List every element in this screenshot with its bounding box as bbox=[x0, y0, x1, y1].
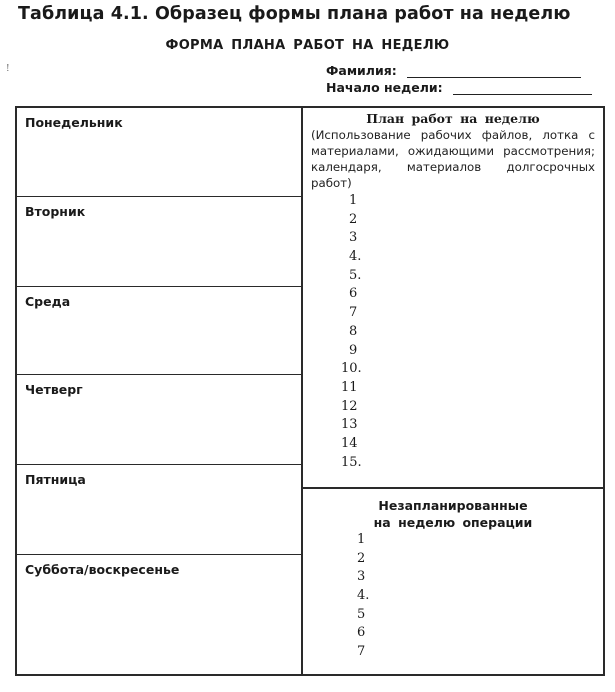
unplanned-item[interactable]: 4. bbox=[357, 587, 603, 606]
plan-item[interactable]: 2 bbox=[349, 211, 603, 230]
surname-input-line[interactable] bbox=[407, 65, 581, 78]
days-column: Понедельник Вторник Среда Четверг Пятниц… bbox=[17, 108, 303, 674]
week-start-label: Начало недели: bbox=[326, 80, 443, 95]
unplanned-item[interactable]: 6 bbox=[357, 624, 603, 643]
day-cell-wednesday[interactable]: Среда bbox=[17, 287, 301, 375]
plan-column: План работ на неделю (Использование рабо… bbox=[303, 108, 603, 674]
plan-item[interactable]: 10. bbox=[341, 360, 603, 379]
day-cell-monday[interactable]: Понедельник bbox=[17, 108, 301, 197]
unplanned-items-list: 1234.567 bbox=[357, 531, 603, 662]
unplanned-item[interactable]: 5 bbox=[357, 606, 603, 625]
day-label: Четверг bbox=[25, 382, 83, 397]
weekly-plan-table: Понедельник Вторник Среда Четверг Пятниц… bbox=[15, 106, 605, 676]
plan-description: (Использование рабочих файлов, лотка с м… bbox=[311, 127, 595, 191]
plan-item[interactable]: 3 bbox=[349, 229, 603, 248]
plan-item[interactable]: 6 bbox=[349, 285, 603, 304]
plan-title: План работ на неделю bbox=[303, 111, 603, 126]
plan-item[interactable]: 9 bbox=[349, 342, 603, 361]
day-label: Понедельник bbox=[25, 115, 123, 130]
week-start-field: Начало недели: bbox=[326, 79, 592, 95]
plan-item[interactable]: 11 bbox=[341, 379, 603, 398]
day-cell-thursday[interactable]: Четверг bbox=[17, 375, 301, 465]
day-cell-weekend[interactable]: Суббота/воскресенье bbox=[17, 555, 301, 674]
plan-item[interactable]: 4. bbox=[349, 248, 603, 267]
plan-item[interactable]: 13 bbox=[341, 416, 603, 435]
unplanned-item[interactable]: 7 bbox=[357, 643, 603, 662]
surname-field: Фамилия: bbox=[326, 62, 581, 78]
day-cell-tuesday[interactable]: Вторник bbox=[17, 197, 301, 287]
unplanned-title-line1: Незапланированные bbox=[303, 497, 603, 514]
plan-item[interactable]: 12 bbox=[341, 398, 603, 417]
day-label: Среда bbox=[25, 294, 70, 309]
unplanned-title-line2: на неделю операции bbox=[303, 514, 603, 531]
unplanned-item[interactable]: 1 bbox=[357, 531, 603, 550]
plan-item[interactable]: 1 bbox=[349, 192, 603, 211]
day-label: Вторник bbox=[25, 204, 85, 219]
day-cell-friday[interactable]: Пятница bbox=[17, 465, 301, 555]
surname-label: Фамилия: bbox=[326, 63, 397, 78]
week-start-input-line[interactable] bbox=[453, 82, 592, 95]
unplanned-title: Незапланированные на неделю операции bbox=[303, 497, 603, 531]
plan-item[interactable]: 14 bbox=[341, 435, 603, 454]
unplanned-section: Незапланированные на неделю операции 123… bbox=[303, 489, 603, 674]
unplanned-item[interactable]: 2 bbox=[357, 550, 603, 569]
plan-item[interactable]: 15. bbox=[341, 454, 603, 473]
day-label: Суббота/воскресенье bbox=[25, 562, 179, 577]
stray-mark: ! bbox=[6, 64, 10, 74]
plan-item[interactable]: 5. bbox=[349, 267, 603, 286]
weekly-plan-section: План работ на неделю (Использование рабо… bbox=[303, 108, 603, 489]
plan-item[interactable]: 7 bbox=[349, 304, 603, 323]
plan-item[interactable]: 8 bbox=[349, 323, 603, 342]
table-caption: Таблица 4.1. Образец формы плана работ н… bbox=[18, 4, 615, 24]
form-title: ФОРМА ПЛАНА РАБОТ НА НЕДЕЛЮ bbox=[0, 38, 615, 53]
day-label: Пятница bbox=[25, 472, 86, 487]
plan-items-list: 1234.5.678910.1112131415. bbox=[349, 192, 603, 472]
unplanned-item[interactable]: 3 bbox=[357, 568, 603, 587]
